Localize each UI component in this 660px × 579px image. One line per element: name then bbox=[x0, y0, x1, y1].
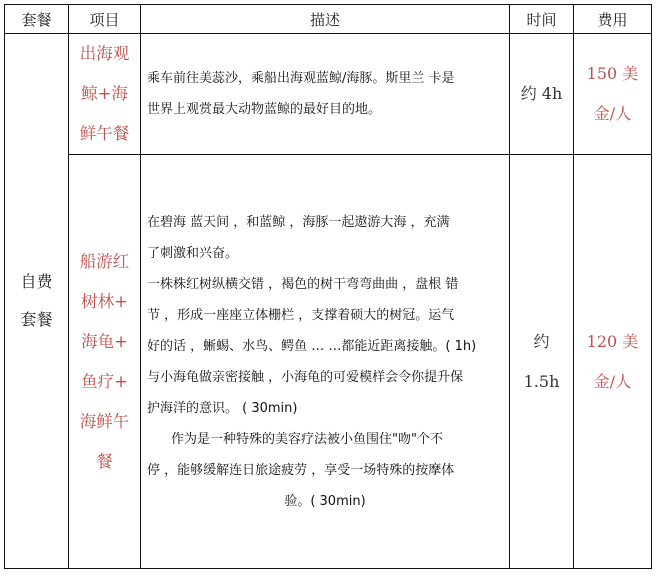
fee-line: 150 美 bbox=[574, 54, 651, 94]
description-line: 验。( 30min) bbox=[147, 486, 503, 517]
time-line: 1.5h bbox=[510, 362, 573, 402]
header-description: 描述 bbox=[141, 5, 510, 34]
table-row: 自费 套餐 出海观 鲸+海 鲜午餐 乘车前往美蕊沙，乘船出海观蓝鲸/海豚。斯里兰… bbox=[5, 34, 652, 155]
fee-cell: 150 美 金/人 bbox=[574, 34, 652, 155]
item-line: 海鲜午 bbox=[69, 402, 140, 442]
header-package: 套餐 bbox=[5, 5, 69, 34]
description-line: 在碧海 蓝天间 ，和蓝鲸 ，海豚一起遨游大海 ，充满 bbox=[147, 207, 503, 238]
header-item: 项目 bbox=[69, 5, 141, 34]
description-cell: 乘车前往美蕊沙，乘船出海观蓝鲸/海豚。斯里兰 卡是 世界上观赏最大动物蓝鲸的最好… bbox=[141, 34, 510, 155]
description-line: 乘车前往美蕊沙，乘船出海观蓝鲸/海豚。斯里兰 卡是 bbox=[147, 63, 503, 94]
table-header-row: 套餐 项目 描述 时间 费用 bbox=[5, 5, 652, 34]
item-line: 船游红 bbox=[69, 242, 140, 282]
item-line: 餐 bbox=[69, 442, 140, 482]
item-line: 鲜午餐 bbox=[69, 114, 140, 154]
package-line: 自费 bbox=[5, 263, 68, 301]
item-line: 鲸+海 bbox=[69, 74, 140, 114]
description-line: 一株株红树纵横交错 ，褐色的树干弯弯曲曲 ，盘根 错 bbox=[147, 269, 503, 300]
description-cell: 在碧海 蓝天间 ，和蓝鲸 ，海豚一起遨游大海 ，充满 了刺激和兴奋。 一株株红树… bbox=[141, 155, 510, 569]
item-line: 树林+ bbox=[69, 282, 140, 322]
description-line: 世界上观赏最大动物蓝鲸的最好目的地。 bbox=[147, 94, 503, 125]
table-row: 船游红 树林+ 海龟+ 鱼疗+ 海鲜午 餐 在碧海 蓝天间 ，和蓝鲸 ，海豚一起… bbox=[5, 155, 652, 569]
time-line: 约 4h bbox=[510, 74, 573, 114]
fee-cell: 120 美 金/人 bbox=[574, 155, 652, 569]
description-line: 节 ，形成一座座立体栅栏 ，支撑着硕大的树冠。运气 bbox=[147, 300, 503, 331]
description-line: 停 ，能够缓解连日旅途疲劳 ，享受一场特殊的按摩体 bbox=[147, 455, 503, 486]
header-fee: 费用 bbox=[574, 5, 652, 34]
description-line: 了刺激和兴奋。 bbox=[147, 238, 503, 269]
tour-package-table: 套餐 项目 描述 时间 费用 自费 套餐 出海观 鲸+海 鲜午餐 乘车前往美蕊沙… bbox=[4, 4, 652, 569]
description-line: 与小海龟做亲密接触 ，小海龟的可爱模样会令你提升保 bbox=[147, 362, 503, 393]
time-cell: 约 1.5h bbox=[510, 155, 574, 569]
item-line: 鱼疗+ bbox=[69, 362, 140, 402]
header-time: 时间 bbox=[510, 5, 574, 34]
item-cell: 出海观 鲸+海 鲜午餐 bbox=[69, 34, 141, 155]
fee-line: 120 美 bbox=[574, 322, 651, 362]
description-line: 好的话 ，蜥蜴、水鸟、鳄鱼 … …都能近距离接触。( 1h) bbox=[147, 331, 503, 362]
description-line: 护海洋的意识。 ( 30min) bbox=[147, 393, 503, 424]
time-cell: 约 4h bbox=[510, 34, 574, 155]
item-line: 出海观 bbox=[69, 34, 140, 74]
package-cell: 自费 套餐 bbox=[5, 34, 69, 569]
item-line: 海龟+ bbox=[69, 322, 140, 362]
fee-line: 金/人 bbox=[574, 94, 651, 134]
description-line: 作为是一种特殊的美容疗法被小鱼围住"吻"个不 bbox=[147, 424, 503, 455]
item-cell: 船游红 树林+ 海龟+ 鱼疗+ 海鲜午 餐 bbox=[69, 155, 141, 569]
time-line: 约 bbox=[510, 322, 573, 362]
fee-line: 金/人 bbox=[574, 362, 651, 402]
package-line: 套餐 bbox=[5, 301, 68, 339]
